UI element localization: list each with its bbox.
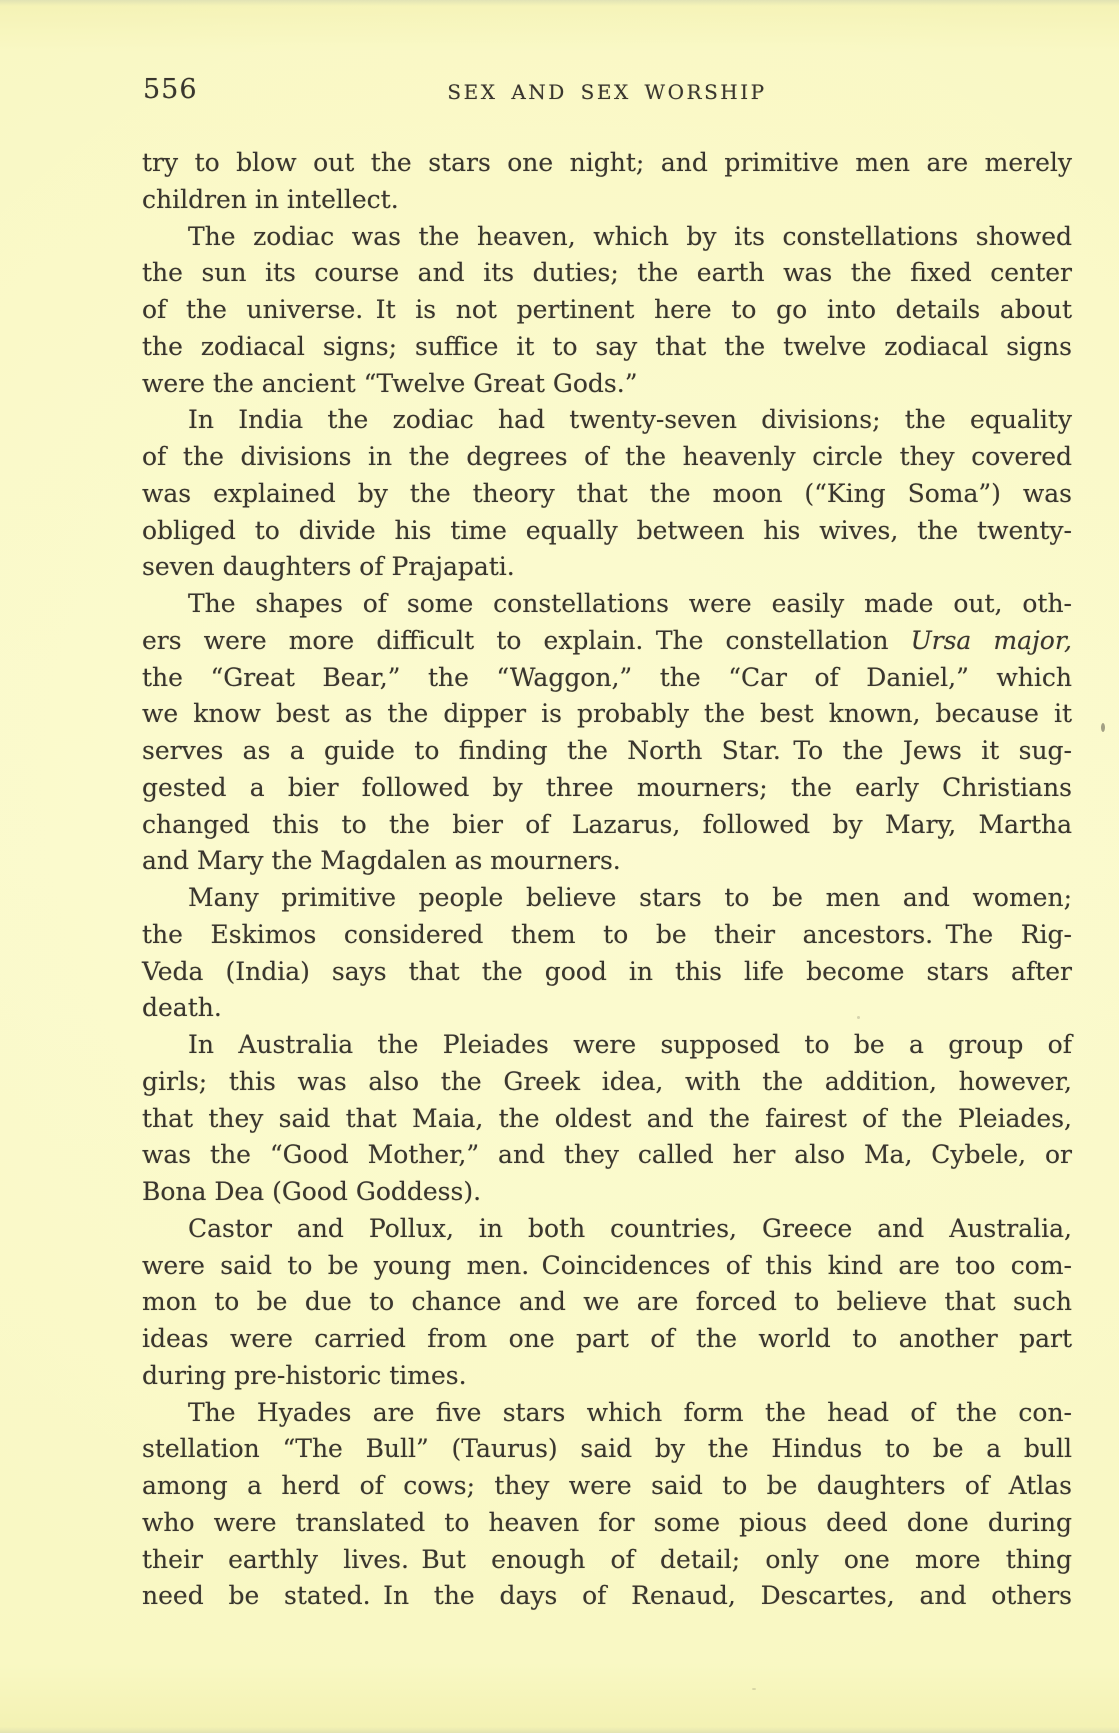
scan-edge-bottom: [0, 1727, 1119, 1733]
text-run: the zodiacal signs; suffice it to say th…: [142, 332, 1072, 361]
paragraph: The zodiac was the heaven, which by its …: [142, 219, 1072, 403]
scan-speck: [752, 1688, 756, 1690]
text-run: that they said that Maia, the oldest and…: [142, 1104, 1072, 1133]
text-line: mon to be due to chance and we are force…: [142, 1284, 1072, 1321]
text-run: the sun its course and its duties; the e…: [142, 258, 1072, 287]
text-line: girls; this was also the Greek idea, wit…: [142, 1064, 1072, 1101]
text-run: girls; this was also the Greek idea, wit…: [142, 1067, 1072, 1096]
text-run: were the ancient “Twelve Great Gods.”: [142, 369, 637, 398]
text-run: The Hyades are five stars which form the…: [188, 1398, 1072, 1427]
text-run: ers were more difficult to explain. The …: [142, 626, 911, 655]
text-line: gested a bier followed by three mourners…: [142, 770, 1072, 807]
text-line: need be stated. In the days of Renaud, D…: [142, 1578, 1072, 1615]
text-line: was the “Good Mother,” and they called h…: [142, 1137, 1072, 1174]
running-title: SEX AND SEX WORSHIP: [142, 80, 1072, 104]
text-line: The Hyades are five stars which form the…: [142, 1395, 1072, 1432]
text-line: during pre-historic times.: [142, 1358, 1072, 1395]
text-run: seven daughters of Prajapati.: [142, 552, 515, 581]
text-line: Castor and Pollux, in both countries, Gr…: [142, 1211, 1072, 1248]
text-line: the sun its course and its duties; the e…: [142, 255, 1072, 292]
paragraph: try to blow out the stars one night; and…: [142, 145, 1072, 219]
text-line: The zodiac was the heaven, which by its …: [142, 219, 1072, 256]
text-run: we know best as the dipper is probably t…: [142, 699, 1072, 728]
text-line: serves as a guide to finding the North S…: [142, 733, 1072, 770]
text-line: children in intellect.: [142, 182, 1072, 219]
italic-term: Ursa major,: [911, 626, 1072, 655]
text-line: Many primitive people believe stars to b…: [142, 880, 1072, 917]
text-run: and Mary the Magdalen as mourners.: [142, 846, 621, 875]
text-run: In India the zodiac had twenty-seven div…: [188, 405, 1072, 434]
text-line: the Eskimos considered them to be their …: [142, 917, 1072, 954]
text-line: among a herd of cows; they were said to …: [142, 1468, 1072, 1505]
text-run: of the divisions in the degrees of the h…: [142, 442, 1072, 471]
text-line: who were translated to heaven for some p…: [142, 1505, 1072, 1542]
paragraph: In India the zodiac had twenty-seven div…: [142, 402, 1072, 586]
text-run: during pre-historic times.: [142, 1361, 467, 1390]
text-line: try to blow out the stars one night; and…: [142, 145, 1072, 182]
text-line: was explained by the theory that the moo…: [142, 476, 1072, 513]
text-run: among a herd of cows; they were said to …: [142, 1471, 1072, 1500]
text-run: the “Great Bear,” the “Waggon,” the “Car…: [142, 663, 1072, 692]
text-line: In India the zodiac had twenty-seven div…: [142, 402, 1072, 439]
text-line: The shapes of some constellations were e…: [142, 586, 1072, 623]
text-run: stellation “The Bull” (Taurus) said by t…: [142, 1434, 1072, 1463]
text-line: ideas were carried from one part of the …: [142, 1321, 1072, 1358]
text-run: In Australia the Pleiades were supposed …: [188, 1030, 1072, 1059]
text-line: the “Great Bear,” the “Waggon,” the “Car…: [142, 660, 1072, 697]
text-line: stellation “The Bull” (Taurus) said by t…: [142, 1431, 1072, 1468]
text-line: Bona Dea (Good Goddess).: [142, 1174, 1072, 1211]
text-line: seven daughters of Prajapati.: [142, 549, 1072, 586]
text-run: need be stated. In the days of Renaud, D…: [142, 1581, 1072, 1610]
text-run: The shapes of some constellations were e…: [188, 589, 1072, 618]
text-run: of the universe. It is not pertinent her…: [142, 295, 1072, 324]
text-line: of the universe. It is not pertinent her…: [142, 292, 1072, 329]
paragraph: In Australia the Pleiades were supposed …: [142, 1027, 1072, 1211]
text-run: death.: [142, 993, 222, 1022]
text-run: try to blow out the stars one night; and…: [142, 148, 1072, 177]
paragraph: The shapes of some constellations were e…: [142, 586, 1072, 880]
text-run: changed this to the bier of Lazarus, fol…: [142, 810, 1072, 839]
text-run: were said to be young men. Coincidences …: [142, 1251, 1072, 1280]
text-line: of the divisions in the degrees of the h…: [142, 439, 1072, 476]
text-line: were the ancient “Twelve Great Gods.”: [142, 366, 1072, 403]
text-line: their earthly lives. But enough of detai…: [142, 1542, 1072, 1579]
text-line: changed this to the bier of Lazarus, fol…: [142, 807, 1072, 844]
text-run: the Eskimos considered them to be their …: [142, 920, 1072, 949]
text-line: the zodiacal signs; suffice it to say th…: [142, 329, 1072, 366]
text-line: obliged to divide his time equally betwe…: [142, 513, 1072, 550]
text-run: was the “Good Mother,” and they called h…: [142, 1140, 1072, 1169]
scan-edge-top: [0, 0, 1119, 6]
text-run: Veda (India) says that the good in this …: [142, 957, 1072, 986]
text-run: their earthly lives. But enough of detai…: [142, 1545, 1072, 1574]
text-run: gested a bier followed by three mourners…: [142, 773, 1072, 802]
text-run: Castor and Pollux, in both countries, Gr…: [188, 1214, 1072, 1243]
text-run: Bona Dea (Good Goddess).: [142, 1177, 481, 1206]
scan-speck: [1101, 723, 1105, 732]
paragraph: The Hyades are five stars which form the…: [142, 1395, 1072, 1616]
text-line: that they said that Maia, the oldest and…: [142, 1101, 1072, 1138]
text-run: ideas were carried from one part of the …: [142, 1324, 1072, 1353]
text-run: The zodiac was the heaven, which by its …: [188, 222, 1072, 251]
page-body: try to blow out the stars one night; and…: [142, 145, 1072, 1615]
text-line: In Australia the Pleiades were supposed …: [142, 1027, 1072, 1064]
text-run: children in intellect.: [142, 185, 399, 214]
book-page: 556 SEX AND SEX WORSHIP try to blow out …: [0, 0, 1119, 1733]
text-run: was explained by the theory that the moo…: [142, 479, 1072, 508]
text-run: obliged to divide his time equally betwe…: [142, 516, 1072, 545]
text-run: Many primitive people believe stars to b…: [188, 883, 1072, 912]
text-line: were said to be young men. Coincidences …: [142, 1248, 1072, 1285]
paragraph: Many primitive people believe stars to b…: [142, 880, 1072, 1027]
text-line: ers were more difficult to explain. The …: [142, 623, 1072, 660]
text-line: Veda (India) says that the good in this …: [142, 954, 1072, 991]
text-run: serves as a guide to finding the North S…: [142, 736, 1072, 765]
text-run: mon to be due to chance and we are force…: [142, 1287, 1072, 1316]
text-line: death.: [142, 990, 1072, 1027]
text-run: who were translated to heaven for some p…: [142, 1508, 1072, 1537]
paragraph: Castor and Pollux, in both countries, Gr…: [142, 1211, 1072, 1395]
text-line: we know best as the dipper is probably t…: [142, 696, 1072, 733]
text-line: and Mary the Magdalen as mourners.: [142, 843, 1072, 880]
